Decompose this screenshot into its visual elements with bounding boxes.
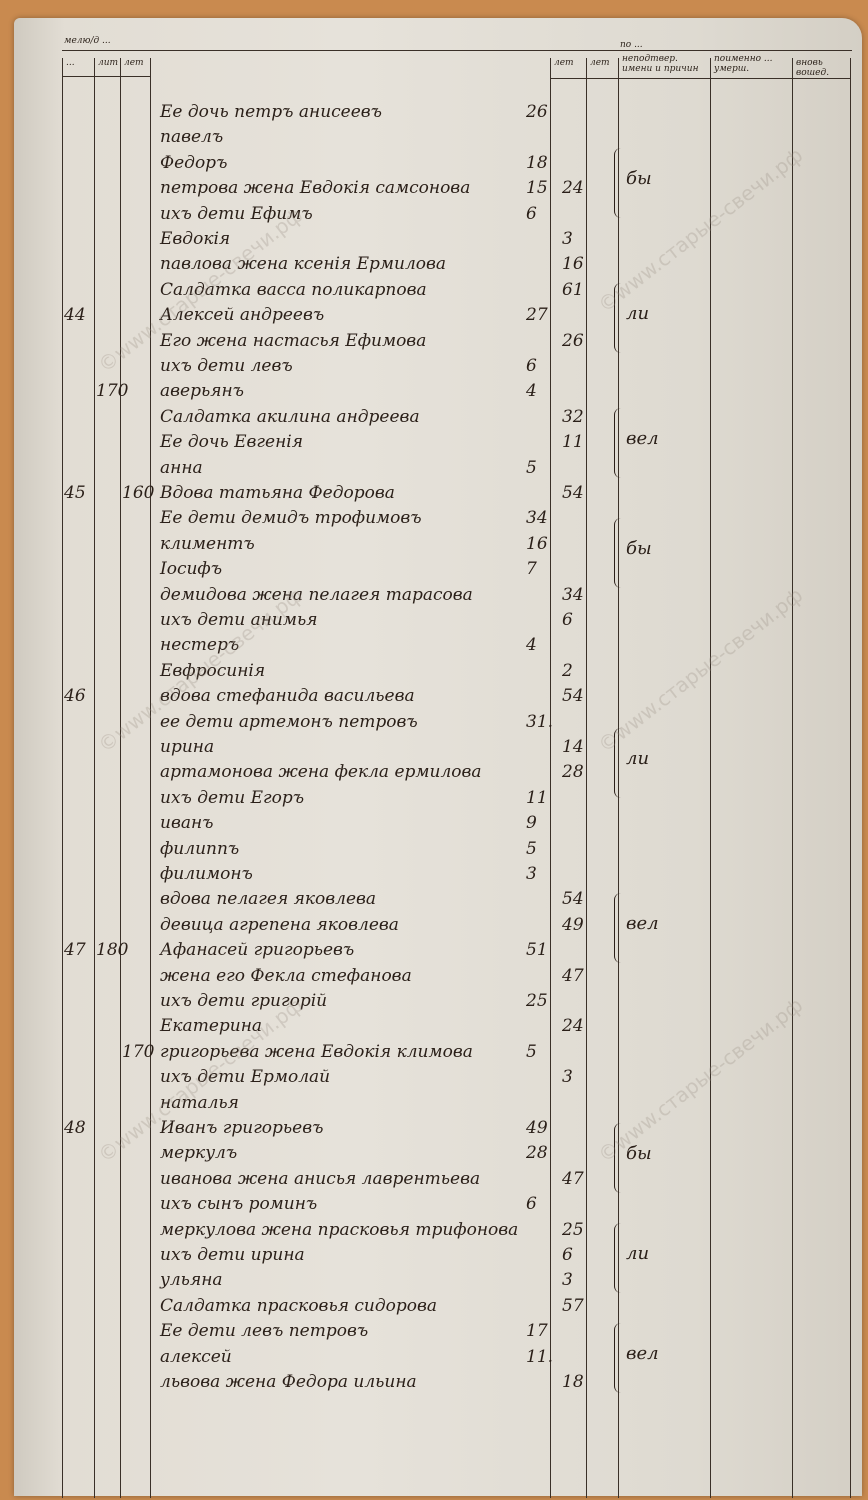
header-left-group: мелю/д ... (64, 36, 111, 46)
header-col-b: лит (98, 58, 118, 68)
age-male: 28 (526, 1143, 548, 1163)
entry-name: филиппъ (160, 839, 239, 859)
age-female: 49 (562, 915, 584, 935)
header-col-a: ... (66, 58, 75, 68)
age-female: 16 (562, 254, 584, 274)
entry-name: Салдатка акилина андреева (160, 407, 420, 427)
age-male: 49 (526, 1118, 548, 1138)
entry-name: демидова жена пелагея тарасова (160, 585, 473, 605)
age-male: 51 (526, 940, 548, 960)
age-male: 27 (526, 305, 548, 325)
margin-note: вел (626, 913, 659, 934)
age-female: 24 (562, 178, 584, 198)
entry-name: девица агрепена яковлева (160, 915, 399, 935)
left-col-number: 180 (96, 940, 128, 960)
entry-name: ихъ дети ирина (160, 1245, 305, 1265)
watermark: ©www.старые-свечи.рф (593, 583, 807, 757)
age-female: 25 (562, 1220, 584, 1240)
age-female: 3 (562, 229, 573, 249)
entry-name: Евдокiя (160, 229, 230, 249)
entry-name: жена его Фекла стефанова (160, 966, 412, 986)
age-male: 16 (526, 534, 548, 554)
header-note-1: неподтвер. имени и причин (622, 54, 708, 74)
entry-name: иванъ (160, 813, 214, 833)
entry-name: петрова жена Евдокiя самсонова (160, 178, 470, 198)
age-male: 6 (526, 204, 537, 224)
age-female: 11 (562, 432, 584, 452)
age-female: 2 (562, 661, 573, 681)
age-male: 11 (526, 788, 548, 808)
header-age-a: лет (554, 58, 574, 68)
age-male: 7 (526, 559, 537, 579)
entry-name: ульяна (160, 1270, 223, 1290)
household-number: 48 (64, 1118, 86, 1138)
rule-line (120, 58, 121, 1498)
rule-line (586, 58, 587, 1498)
margin-note: бы (626, 538, 652, 559)
watermark: ©www.старые-свечи.рф (593, 993, 807, 1167)
age-female: 14 (562, 737, 584, 757)
age-female: 26 (562, 331, 584, 351)
entry-name: Вдова татьяна Федорова (160, 483, 395, 503)
brace-mark (614, 518, 621, 588)
header-right-group: по ... (620, 40, 643, 50)
entry-name: львова жена Федора ильина (160, 1372, 417, 1392)
left-col-number: 160 (122, 483, 154, 503)
entry-name: Ее дети демидъ трофимовъ (160, 508, 422, 528)
entry-name: климентъ (160, 534, 255, 554)
age-female: 32 (562, 407, 584, 427)
household-number: 44 (64, 305, 86, 325)
left-col-number: 170 (96, 381, 128, 401)
entry-name: аверьянъ (160, 381, 244, 401)
age-male: 3 (526, 864, 537, 884)
entry-name: вдова пелагея яковлева (160, 889, 376, 909)
header-note-2: поименно ... умерш. (714, 54, 790, 74)
entry-name: Его жена настасья Ефимова (160, 331, 426, 351)
age-female: 3 (562, 1067, 573, 1087)
entry-name: ирина (160, 737, 214, 757)
age-male: 26 (526, 102, 548, 122)
entry-name: Iосифъ (160, 559, 222, 579)
household-number: 46 (64, 686, 86, 706)
age-female: 3 (562, 1270, 573, 1290)
entry-name: Иванъ григорьевъ (160, 1118, 323, 1138)
age-female: 47 (562, 1169, 584, 1189)
age-female: 47 (562, 966, 584, 986)
entry-name: анна (160, 458, 203, 478)
age-female: 18 (562, 1372, 584, 1392)
brace-mark (614, 1223, 621, 1293)
rule-line (550, 58, 551, 1498)
age-female: 6 (562, 1245, 573, 1265)
age-male: 17 (526, 1321, 548, 1341)
header-rule (62, 50, 852, 51)
age-female: 24 (562, 1016, 584, 1036)
age-female: 54 (562, 483, 584, 503)
age-female: 61 (562, 280, 584, 300)
margin-note: ли (626, 748, 649, 769)
entry-name: Федоръ (160, 153, 227, 173)
household-number: 45 (64, 483, 86, 503)
entry-name: Ее дети левъ петровъ (160, 1321, 368, 1341)
age-female: 54 (562, 686, 584, 706)
margin-note: вел (626, 428, 659, 449)
age-male: 4 (526, 381, 537, 401)
age-male: 25 (526, 991, 548, 1011)
rule-line (150, 58, 151, 1498)
age-female: 34 (562, 585, 584, 605)
entry-name: иванова жена анисья лаврентьева (160, 1169, 480, 1189)
left-col-number: 170 (122, 1042, 154, 1062)
entry-name: меркулова жена прасковья трифонова (160, 1220, 518, 1240)
margin-note: вел (626, 1343, 659, 1364)
age-male: 5 (526, 839, 537, 859)
age-male: 15 (526, 178, 548, 198)
entry-name: Ее дочь петръ анисеевъ (160, 102, 382, 122)
age-male: 6 (526, 356, 537, 376)
entry-name: ихъ сынъ роминъ (160, 1194, 317, 1214)
entry-name: меркулъ (160, 1143, 237, 1163)
rule-line (94, 58, 95, 1498)
rule-line (792, 58, 793, 1498)
entry-name: павелъ (160, 127, 223, 147)
age-male: 6 (526, 1194, 537, 1214)
age-female: 57 (562, 1296, 584, 1316)
age-female: 54 (562, 889, 584, 909)
entry-name: алексей (160, 1347, 232, 1367)
entry-name: ихъ дети левъ (160, 356, 293, 376)
header-note-3: вновь вошед. (796, 58, 848, 78)
entry-name: ее дети артемонъ петровъ (160, 712, 418, 732)
margin-note: ли (626, 303, 649, 324)
header-rule (62, 76, 150, 77)
brace-mark (614, 1323, 621, 1393)
rule-line (850, 58, 851, 1498)
age-male: 11. (526, 1347, 553, 1367)
age-male: 9 (526, 813, 537, 833)
entry-name: артамонова жена фекла ермилова (160, 762, 482, 782)
brace-mark (614, 408, 621, 478)
age-female: 6 (562, 610, 573, 630)
rule-line (710, 58, 711, 1498)
header-col-c: лет (124, 58, 144, 68)
margin-note: бы (626, 168, 652, 189)
entry-name: вдова стефанида васильева (160, 686, 415, 706)
entry-name: филимонъ (160, 864, 253, 884)
household-number: 47 (64, 940, 86, 960)
age-male: 4 (526, 635, 537, 655)
brace-mark (614, 893, 621, 963)
header-rule (550, 78, 850, 79)
age-female: 28 (562, 762, 584, 782)
entry-name: Афанасей григорьевъ (160, 940, 354, 960)
brace-mark (614, 148, 621, 218)
header-age-b: лет (590, 58, 610, 68)
age-male: 5 (526, 458, 537, 478)
age-male: 34 (526, 508, 548, 528)
age-male: 31. (526, 712, 553, 732)
margin-note: ли (626, 1243, 649, 1264)
age-male: 18 (526, 153, 548, 173)
rule-line (62, 58, 63, 1498)
entry-name: Салдатка прасковья сидорова (160, 1296, 437, 1316)
entry-name: Ее дочь Евгенiя (160, 432, 303, 452)
entry-name: ихъ дети Егоръ (160, 788, 304, 808)
age-male: 5 (526, 1042, 537, 1062)
document-page: мелю/д ... ... лит лет по ... лет лет не… (14, 18, 862, 1496)
